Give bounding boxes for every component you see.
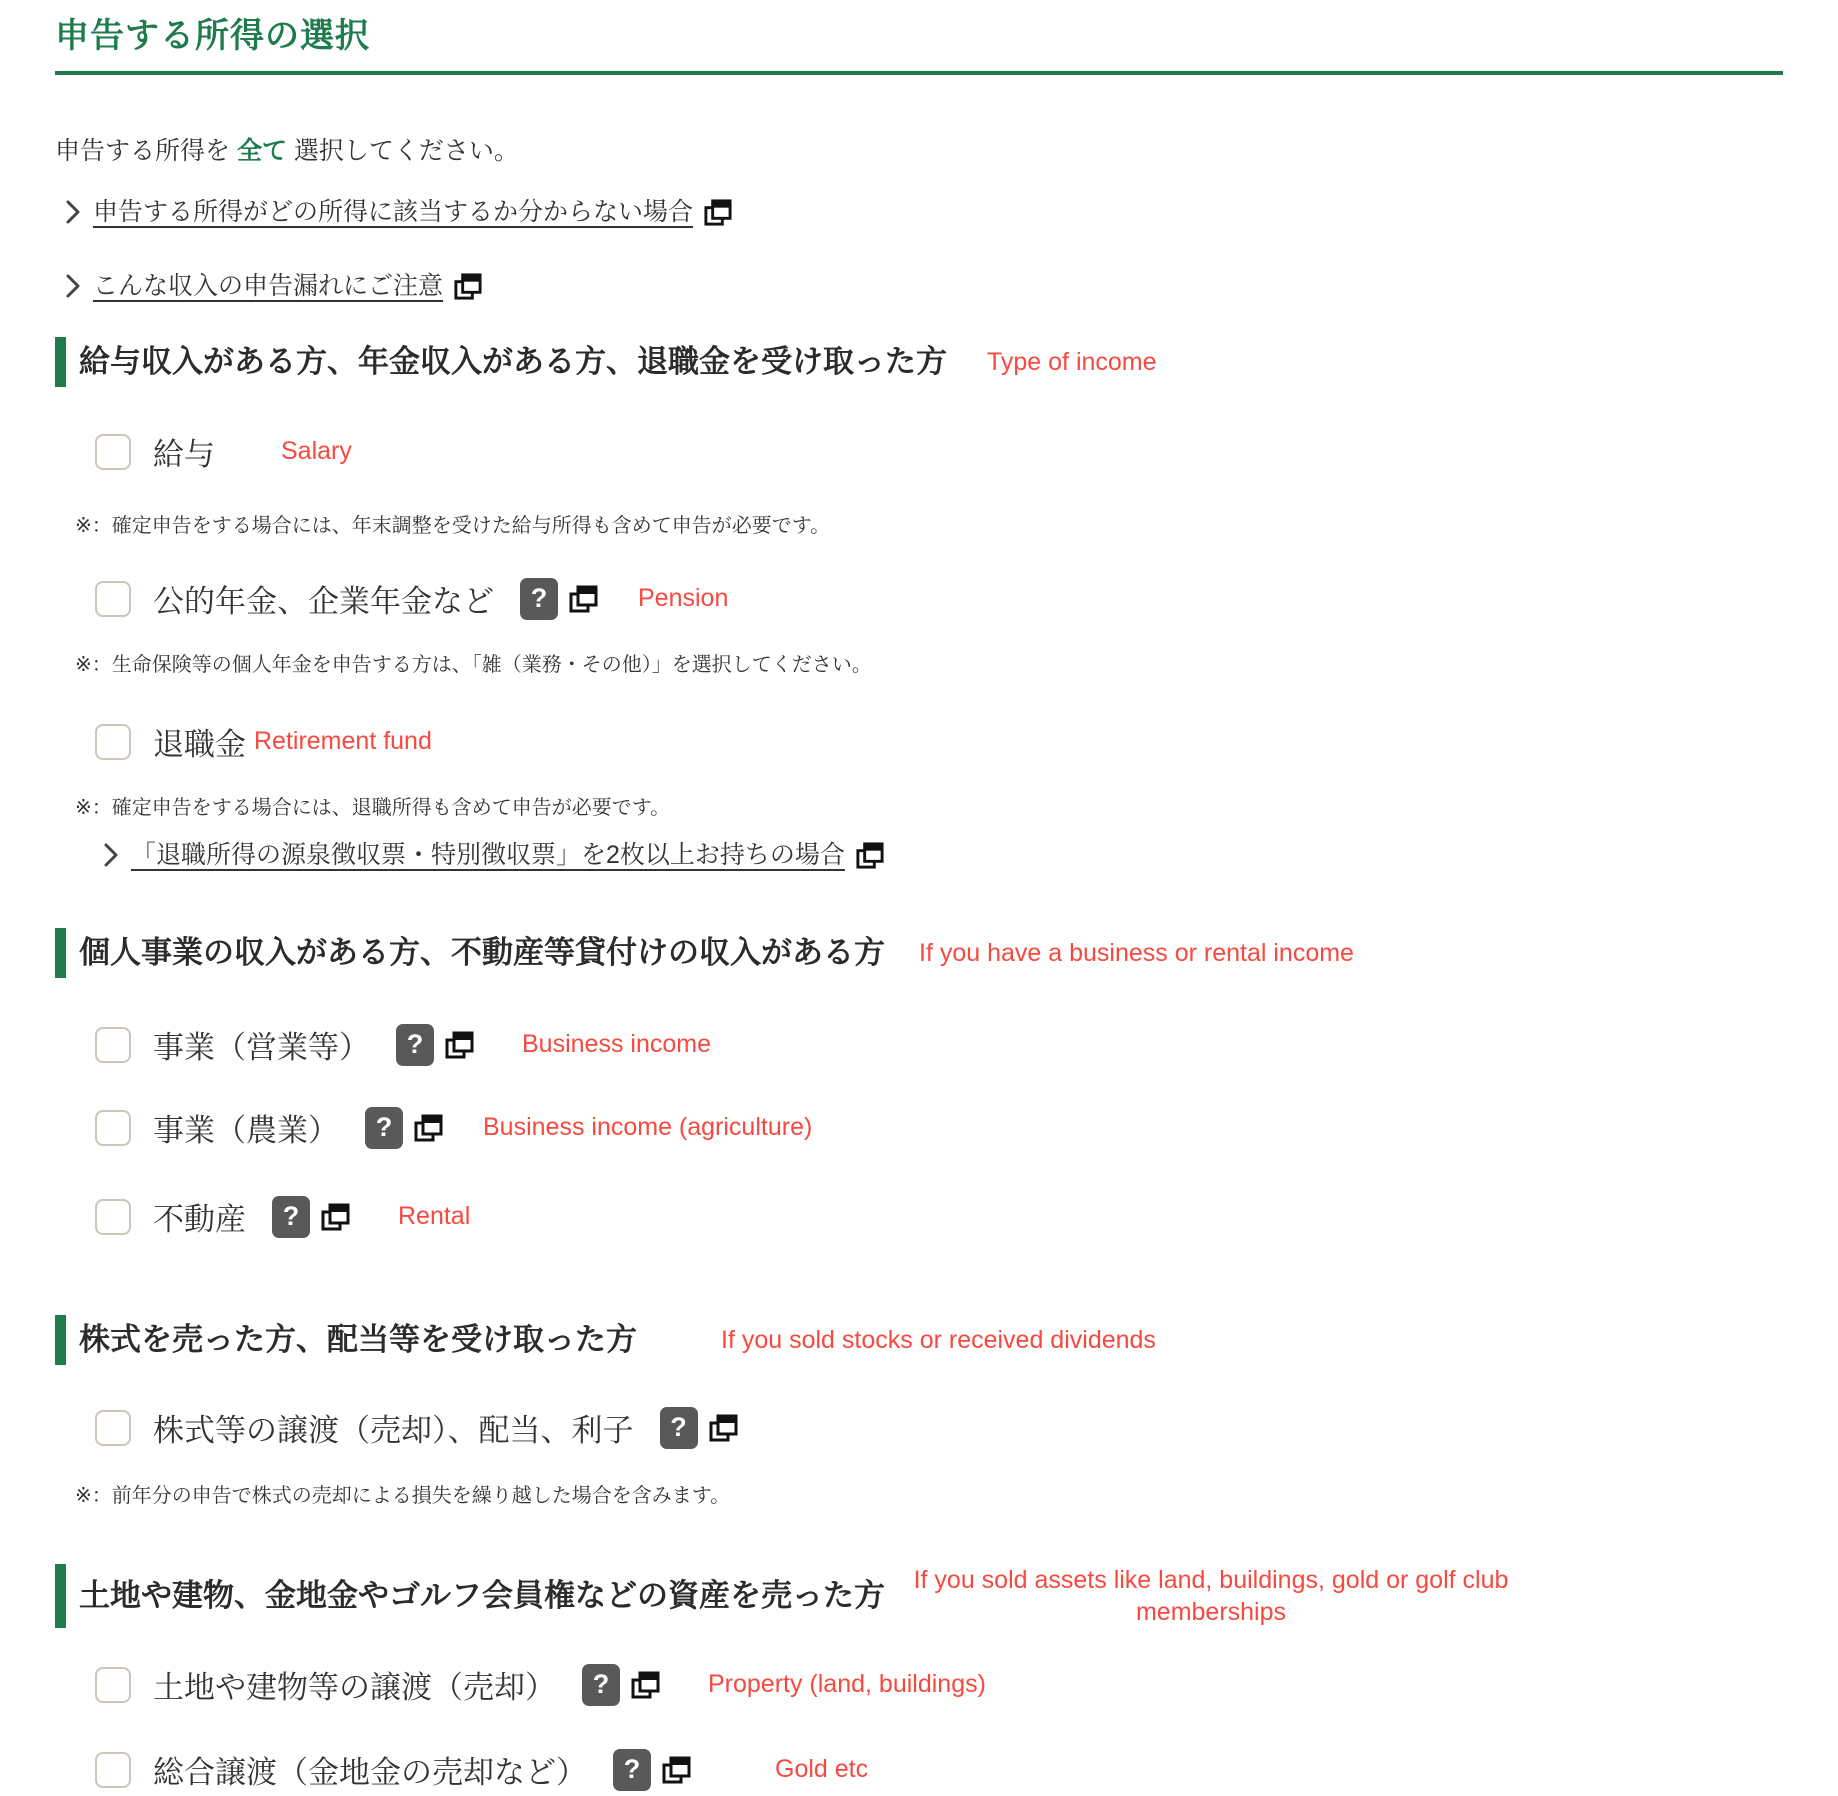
checkbox-label-property-transfer[interactable]: 土地や建物等の譲渡（売却） bbox=[153, 1662, 556, 1707]
checkbox-business-income[interactable] bbox=[95, 1027, 131, 1063]
checkbox-stock-transfer[interactable] bbox=[95, 1410, 131, 1446]
annotation-rental: Rental bbox=[398, 1202, 470, 1231]
row-stock-transfer-dividend-interest: 株式等の譲渡（売却）、配当、利子 ? bbox=[95, 1405, 1783, 1450]
checkbox-label-salary[interactable]: 給与 bbox=[153, 429, 215, 474]
income-selection-page: 申告する所得の選択 申告する所得を 全て 選択してください。 申告する所得がどの… bbox=[0, 0, 1838, 1792]
checkbox-label-business-income[interactable]: 事業（営業等） bbox=[153, 1022, 370, 1067]
checkbox-label-pension[interactable]: 公的年金、企業年金など bbox=[153, 576, 494, 621]
note-retirement-fund: ※：確定申告をする場合には、退職所得も含めて申告が必要です。 bbox=[75, 796, 1783, 820]
title-underline-rule bbox=[55, 71, 1783, 75]
checkbox-label-rental[interactable]: 不動産 bbox=[153, 1194, 246, 1239]
page-title: 申告する所得の選択 bbox=[55, 8, 1783, 57]
checkbox-pension[interactable] bbox=[95, 581, 131, 617]
checkbox-business-agriculture[interactable] bbox=[95, 1110, 131, 1146]
annotation-asset-sales: If you sold assets like land, buildings,… bbox=[901, 1564, 1521, 1628]
section-heading: 株式を売った方、配当等を受け取った方 bbox=[79, 1321, 637, 1360]
open-in-new-window-icon[interactable] bbox=[320, 1202, 350, 1232]
checkbox-salary[interactable] bbox=[95, 434, 131, 470]
annotation-business-rental: If you have a business or rental income bbox=[919, 939, 1354, 968]
chevron-right-icon bbox=[65, 199, 81, 225]
checkbox-label-business-agriculture[interactable]: 事業（農業） bbox=[153, 1105, 339, 1150]
annotation-business-agriculture: Business income (agriculture) bbox=[483, 1113, 812, 1142]
help-question-icon[interactable]: ? bbox=[272, 1196, 310, 1238]
open-in-new-window-icon[interactable] bbox=[703, 198, 732, 227]
note-stock-transfer: ※：前年分の申告で株式の売却による損失を繰り越した場合を含みます。 bbox=[75, 1484, 1783, 1508]
row-retirement-fund: 退職金 Retirement fund bbox=[95, 719, 1783, 764]
link-missed-income-warning[interactable]: こんな収入の申告漏れにご注意 bbox=[65, 271, 1783, 301]
link-unsure-income-label[interactable]: 申告する所得がどの所得に該当するか分からない場合 bbox=[93, 197, 693, 227]
checkbox-comprehensive-transfer[interactable] bbox=[95, 1752, 131, 1788]
section-accent-bar bbox=[55, 1315, 66, 1365]
checkbox-property-transfer[interactable] bbox=[95, 1667, 131, 1703]
annotation-gold: Gold etc bbox=[775, 1755, 868, 1784]
annotation-stocks-dividends: If you sold stocks or received dividends bbox=[721, 1326, 1156, 1355]
annotation-property: Property (land, buildings) bbox=[708, 1670, 986, 1699]
section-heading: 個人事業の収入がある方、不動産等貸付けの収入がある方 bbox=[79, 934, 885, 973]
annotation-pension: Pension bbox=[638, 584, 728, 613]
section-header-asset-sales: 土地や建物、金地金やゴルフ会員権などの資産を売った方 If you sold a… bbox=[55, 1564, 1783, 1628]
open-in-new-window-icon[interactable] bbox=[444, 1030, 474, 1060]
section-accent-bar bbox=[55, 1564, 66, 1628]
annotation-retirement-fund: Retirement fund bbox=[254, 727, 432, 756]
row-business-agriculture: 事業（農業） ? Business income (agriculture) bbox=[95, 1105, 1783, 1150]
section-accent-bar bbox=[55, 337, 66, 387]
open-in-new-window-icon[interactable] bbox=[413, 1113, 443, 1143]
section-heading: 給与収入がある方、年金収入がある方、退職金を受け取った方 bbox=[79, 343, 947, 382]
checkbox-retirement-fund[interactable] bbox=[95, 724, 131, 760]
link-unsure-income-category[interactable]: 申告する所得がどの所得に該当するか分からない場合 bbox=[65, 197, 1783, 227]
intro-instruction: 申告する所得を 全て 選択してください。 bbox=[55, 131, 1783, 167]
intro-emphasis-all: 全て bbox=[237, 137, 287, 165]
checkbox-label-comprehensive-transfer[interactable]: 総合譲渡（金地金の売却など） bbox=[153, 1747, 587, 1792]
help-question-icon[interactable]: ? bbox=[582, 1664, 620, 1706]
section-accent-bar bbox=[55, 928, 66, 978]
note-pension: ※：生命保険等の個人年金を申告する方は、「雑（業務・その他）」を選択してください… bbox=[75, 653, 1783, 677]
intro-post: 選択してください。 bbox=[287, 137, 519, 165]
link-multiple-withholding-slips-label[interactable]: 「退職所得の源泉徴収票・特別徴収票」を2枚以上お持ちの場合 bbox=[131, 840, 845, 870]
link-multiple-withholding-slips[interactable]: 「退職所得の源泉徴収票・特別徴収票」を2枚以上お持ちの場合 bbox=[103, 840, 1783, 870]
open-in-new-window-icon[interactable] bbox=[568, 584, 598, 614]
annotation-business-income: Business income bbox=[522, 1030, 711, 1059]
row-comprehensive-transfer-gold: 総合譲渡（金地金の売却など） ? Gold etc bbox=[95, 1747, 1783, 1792]
checkbox-label-retirement-fund[interactable]: 退職金 bbox=[153, 719, 246, 764]
annotation-salary: Salary bbox=[281, 437, 352, 466]
section-header-business-rental: 個人事業の収入がある方、不動産等貸付けの収入がある方 If you have a… bbox=[55, 928, 1783, 978]
open-in-new-window-icon[interactable] bbox=[855, 841, 884, 870]
help-question-icon[interactable]: ? bbox=[396, 1024, 434, 1066]
open-in-new-window-icon[interactable] bbox=[708, 1413, 738, 1443]
open-in-new-window-icon[interactable] bbox=[453, 272, 482, 301]
link-missed-income-label[interactable]: こんな収入の申告漏れにご注意 bbox=[93, 271, 443, 301]
section-header-salary-pension-retirement: 給与収入がある方、年金収入がある方、退職金を受け取った方 Type of inc… bbox=[55, 337, 1783, 387]
chevron-right-icon bbox=[65, 273, 81, 299]
help-question-icon[interactable]: ? bbox=[613, 1749, 651, 1791]
open-in-new-window-icon[interactable] bbox=[630, 1670, 660, 1700]
section-header-stocks-dividends: 株式を売った方、配当等を受け取った方 If you sold stocks or… bbox=[55, 1315, 1783, 1365]
checkbox-rental[interactable] bbox=[95, 1199, 131, 1235]
annotation-type-of-income: Type of income bbox=[987, 348, 1157, 377]
row-salary: 給与 Salary bbox=[95, 429, 1783, 474]
row-pension: 公的年金、企業年金など ? Pension bbox=[95, 576, 1783, 621]
row-property-transfer: 土地や建物等の譲渡（売却） ? Property (land, building… bbox=[95, 1662, 1783, 1707]
note-salary: ※：確定申告をする場合には、年末調整を受けた給与所得も含めて申告が必要です。 bbox=[75, 514, 1783, 538]
help-question-icon[interactable]: ? bbox=[660, 1407, 698, 1449]
open-in-new-window-icon[interactable] bbox=[661, 1755, 691, 1785]
row-business-income: 事業（営業等） ? Business income bbox=[95, 1022, 1783, 1067]
section-heading: 土地や建物、金地金やゴルフ会員権などの資産を売った方 bbox=[79, 1577, 885, 1616]
checkbox-label-stock-transfer[interactable]: 株式等の譲渡（売却）、配当、利子 bbox=[153, 1405, 634, 1450]
help-question-icon[interactable]: ? bbox=[365, 1107, 403, 1149]
row-rental: 不動産 ? Rental bbox=[95, 1194, 1783, 1239]
intro-pre: 申告する所得を bbox=[55, 137, 237, 165]
help-question-icon[interactable]: ? bbox=[520, 578, 558, 620]
chevron-right-icon bbox=[103, 842, 119, 868]
